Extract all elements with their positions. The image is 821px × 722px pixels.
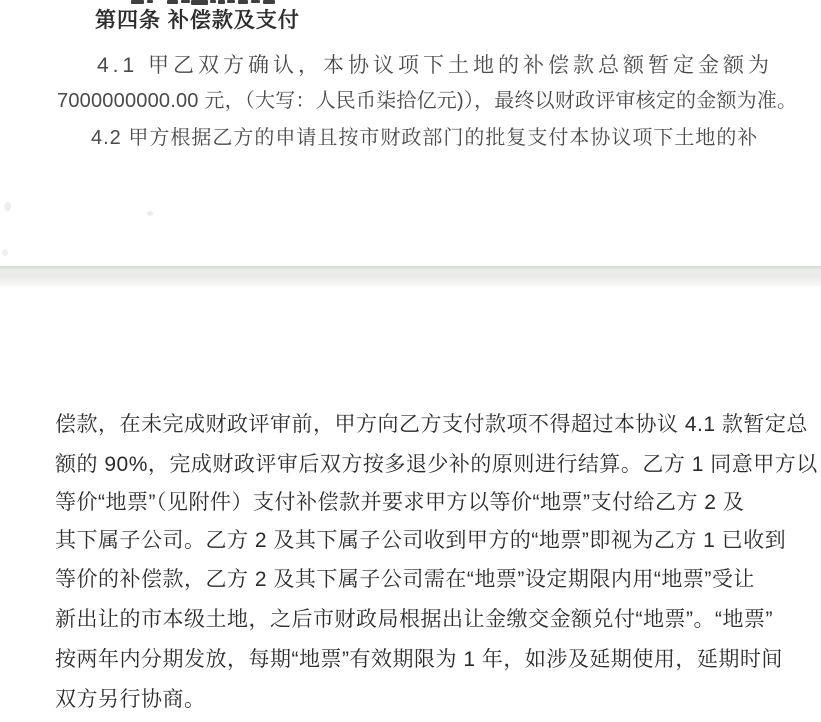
paragraph-line: 额的 90%，完成财政评审后双方按多退少补的原则进行结算。乙方 1 同意甲方以 <box>55 453 818 477</box>
scan-artifact <box>181 0 190 3</box>
scan-artifact <box>147 0 153 3</box>
paragraph-line: 等价“地票”（见附件）支付补偿款并要求甲方以等价“地票”支付给乙方 2 及 <box>55 491 744 515</box>
paragraph-line: 新出让的市本级土地，之后市财政局根据出让金缴交金额兑付“地票”。“地票” <box>55 608 773 632</box>
scan-artifact <box>238 0 248 4</box>
scan-artifact <box>210 0 216 3</box>
scan-artifact <box>263 0 275 4</box>
scan-speck <box>2 249 8 256</box>
scan-artifact <box>227 0 235 3</box>
scan-speck <box>4 202 11 211</box>
paragraph-line: 其下属子公司。乙方 2 及其下属子公司收到甲方的“地票”即视为乙方 1 已收到 <box>55 529 786 553</box>
scan-artifact <box>167 0 178 4</box>
scan-artifact <box>251 0 260 3</box>
document-page: 第四条 补偿款及支付 4.1 甲乙双方确认，本协议项下土地的补偿款总额暂定金额为… <box>0 0 821 722</box>
scan-artifact <box>218 0 225 4</box>
section-heading: 第四条 补偿款及支付 <box>95 9 300 33</box>
compensation-amount-line: 7000000000.00 元，（大写：人民币柒拾亿元)），最终以财政评审核定的… <box>57 90 797 112</box>
page-divider <box>0 266 821 287</box>
scan-artifact <box>131 0 144 4</box>
scan-artifact <box>191 0 208 5</box>
scan-speck <box>147 211 153 216</box>
clause-4-1-line: 4.1 甲乙双方确认，本协议项下土地的补偿款总额暂定金额为 <box>97 54 773 78</box>
paragraph-line: 按两年内分期发放，每期“地票”有效期限为 1 年，如涉及延期使用，延期时间 <box>55 648 783 672</box>
paragraph-line: 等价的补偿款，乙方 2 及其下属子公司需在“地票”设定期限内用“地票”受让 <box>55 568 755 592</box>
paragraph-line: 偿款，在未完成财政评审前，甲方向乙方支付款项不得超过本协议 4.1 款暂定总 <box>55 413 808 437</box>
paragraph-line: 双方另行协商。 <box>55 688 206 712</box>
clause-4-2-line: 4.2 甲方根据乙方的申请且按市财政部门的批复支付本协议项下土地的补 <box>91 127 758 149</box>
